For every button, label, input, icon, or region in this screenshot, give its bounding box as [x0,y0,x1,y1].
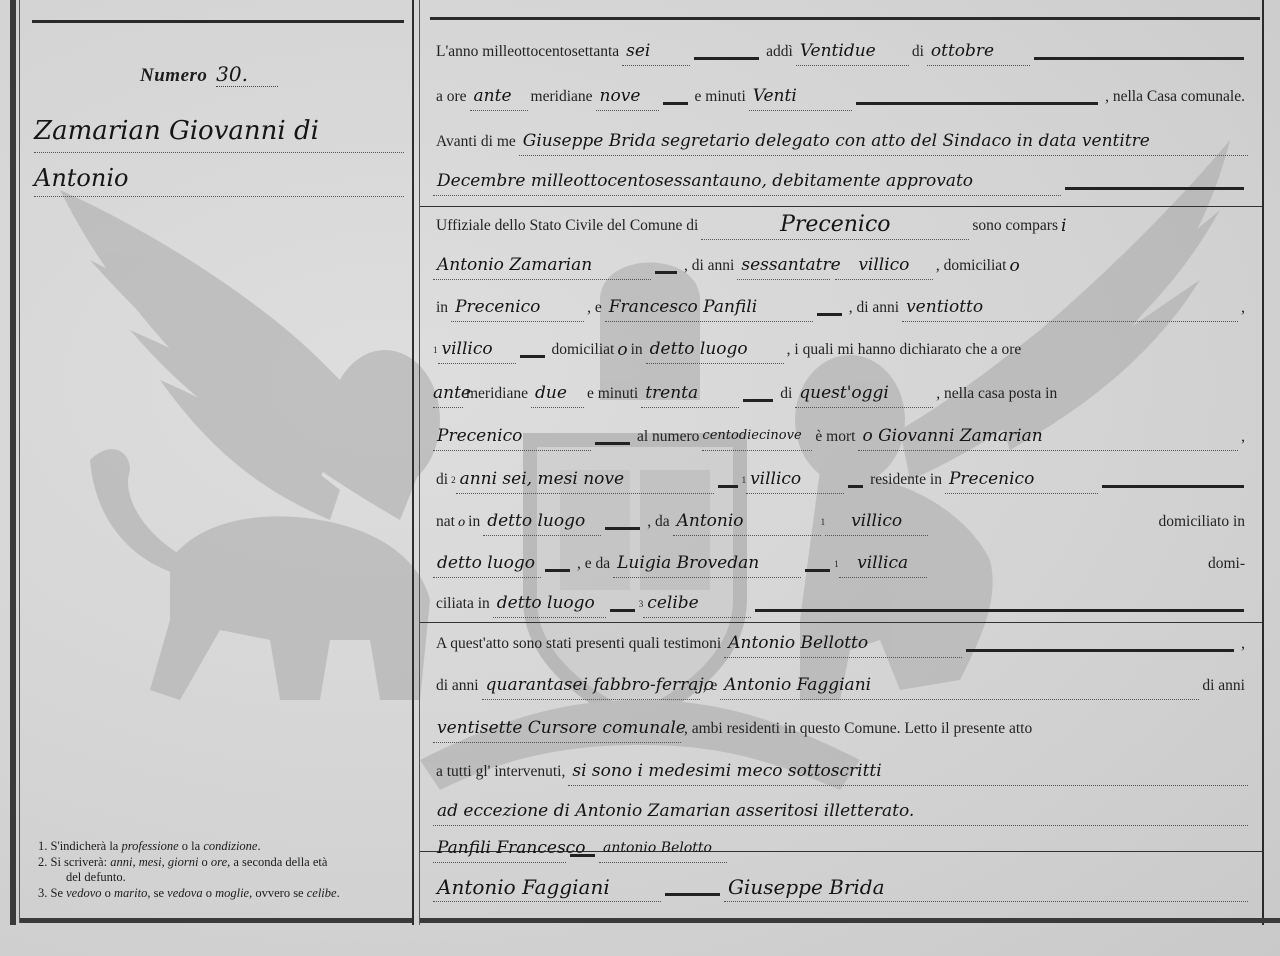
record-line-declaration: 1 villico domiciliato in detto luogo , i… [433,336,1248,364]
record-line-delegation: Decembre milleottocentosessantauno, debi… [433,168,1248,196]
deceased-name-line-2: Antonio [34,160,404,197]
record-line-death-time: ante meridiane due e minuti trenta di qu… [433,380,1248,408]
signature-brida: Giuseppe Brida [724,873,1248,902]
section-rule [420,206,1262,207]
record-line-mother: detto luogo , e da Luigia Brovedan 1 vil… [433,550,1248,578]
footnote-2: 2. Si scriverà: anni, mesi, giorni o ore… [38,855,408,871]
footnote-2-continuation: del defunto. [38,870,408,886]
record-line-death-place: Precenico al numero centodiecinove è mor… [433,423,1248,451]
signature-panfili: Panfili Francesco [433,834,566,863]
page-divider-rule [412,0,414,925]
record-line-date: L'anno milleottocentosettanta sei addì V… [433,38,1248,66]
left-bottom-rule [20,918,412,923]
left-frame-border [10,0,16,925]
record-line-civil-status: ciliata in detto luogo 3 celibe [433,590,1248,618]
section-rule [420,622,1262,623]
signature-mark-note: antonio Belotto [599,834,727,863]
record-line-witness-2-age: ventisette Cursore comunale , ambi resid… [433,715,1248,743]
record-line-witness-2: di anni quarantasei fabbro-ferrajo , e A… [433,672,1248,700]
record-line-reading: a tutti gl' intervenuti, si sono i medes… [433,758,1248,786]
signature-faggiani: Antonio Faggiani [433,873,661,902]
record-line-declarant-2: in Precenico , e Francesco Panfili , di … [433,294,1248,322]
record-line-comune: Uffiziale dello Stato Civile del Comune … [433,212,1248,240]
record-line-birth-father: nato in detto luogo , da Antonio 1 villi… [433,508,1248,536]
left-top-rule [32,20,404,23]
right-page-left-rule [419,0,420,925]
record-line-witness-1: A quest'atto sono stati presenti quali t… [433,630,1248,658]
record-number-value: 30. [216,62,278,87]
record-number-label: Numero [140,65,207,86]
record-line-officer: Avanti di me Giuseppe Brida segretario d… [433,128,1248,156]
deceased-name-line-1: Zamarian Giovanni di [34,110,404,153]
right-bottom-rule [420,918,1280,923]
footnote-3: 3. Se vedovo o marito, se vedova o mogli… [38,886,408,902]
record-line-deceased-age: di 2 anni sei, mesi nove 1 villico resid… [433,466,1248,494]
record-line-time: a ore ante meridiane nove e minuti Venti… [433,83,1248,111]
record-line-declarant-1: Antonio Zamarian , di anni sessantatre 1… [433,252,1248,280]
record-number: Numero 30. [140,62,278,87]
right-frame-border [1262,0,1264,925]
footnote-1: 1. S'indicherà la professione o la condi… [38,839,408,855]
record-line-exception: ad eccezione di Antonio Zamarian asserit… [433,798,1248,826]
signature-line-2: Antonio Faggiani Giuseppe Brida [433,874,1248,902]
signature-line-1: Panfili Francesco antonio Belotto [433,835,1248,863]
footnotes: 1. S'indicherà la professione o la condi… [38,839,408,901]
left-frame-inner-border [19,0,20,923]
right-top-rule [430,17,1260,20]
